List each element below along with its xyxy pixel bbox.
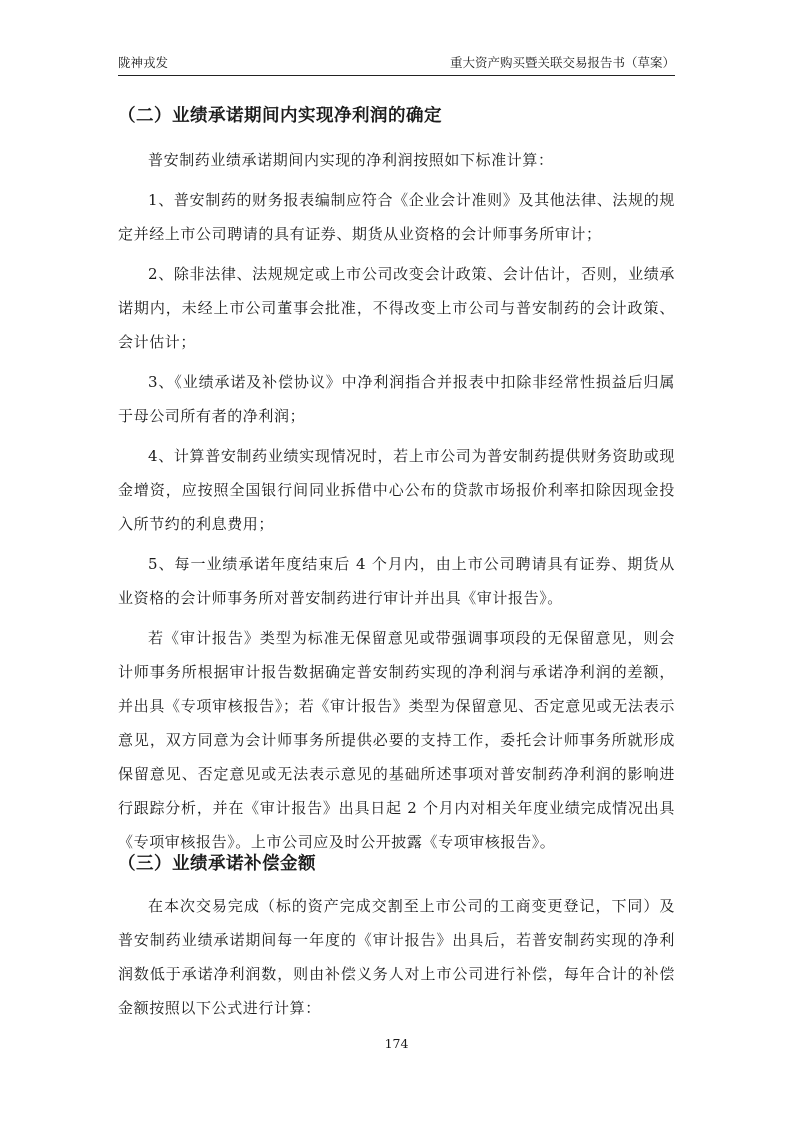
paragraph: 5、每一业绩承诺年度结束后 4 个月内，由上市公司聘请具有证券、期货从业资格的会… <box>118 547 675 615</box>
page-number: 174 <box>0 1036 793 1051</box>
paragraph: 若《审计报告》类型为标准无保留意见或带强调事项段的无保留意见，则会计师事务所根据… <box>118 621 675 859</box>
page-header: 陇神戎发 重大资产购买暨关联交易报告书（草案） <box>118 55 675 76</box>
section-heading-2: （二）业绩承诺期间内实现净利润的确定 <box>118 104 442 128</box>
paragraph: 2、除非法律、法规规定或上市公司改变会计政策、会计估计，否则，业绩承诺期内，未经… <box>118 257 675 359</box>
section-3-body: 在本次交易完成（标的资产完成交割至上市公司的工商变更登记，下同）及普安制药业绩承… <box>118 889 675 1025</box>
paragraph: 普安制药业绩承诺期间内实现的净利润按照如下标准计算： <box>118 143 675 177</box>
paragraph: 4、计算普安制药业绩实现情况时，若上市公司为普安制药提供财务资助或现金增资，应按… <box>118 439 675 541</box>
section-heading-3: （三）业绩承诺补偿金额 <box>118 852 675 876</box>
header-document-title: 重大资产购买暨关联交易报告书（草案） <box>450 55 675 71</box>
header-company: 陇神戎发 <box>118 55 168 71</box>
section-2-body: 普安制药业绩承诺期间内实现的净利润按照如下标准计算： 1、普安制药的财务报表编制… <box>118 143 675 859</box>
paragraph: 1、普安制药的财务报表编制应符合《企业会计准则》及其他法律、法规的规定并经上市公… <box>118 183 675 251</box>
paragraph: 在本次交易完成（标的资产完成交割至上市公司的工商变更登记，下同）及普安制药业绩承… <box>118 889 675 1025</box>
paragraph: 3、《业绩承诺及补偿协议》中净利润指合并报表中扣除非经常性损益后归属于母公司所有… <box>118 365 675 433</box>
